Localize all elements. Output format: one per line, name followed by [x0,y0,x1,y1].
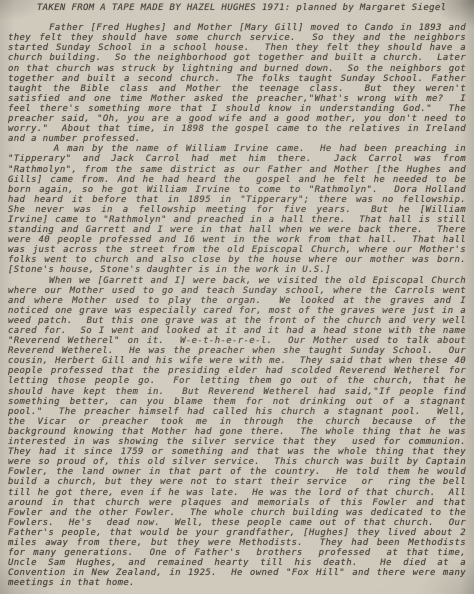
text-line: letting those people go. For letting the… [8,376,466,386]
paragraph: A man by the name of William Irvine came… [8,144,466,275]
text-line: satisfied and one time Mother asked the … [8,94,466,104]
text-line: background knowing that Mother had gone … [8,427,466,437]
text-line: where our Mother used to go and teach Su… [8,286,466,296]
text-line: Irvine] came to "Rathmolyn" and preached… [8,215,466,225]
text-line: taught the Bible class and Mother the te… [8,84,466,94]
text-line: something better, can you blame them for… [8,397,466,407]
text-line: When we [Garrett and I] were back, we vi… [8,276,466,286]
text-line: worry." About that time, in 1898 the gos… [8,124,466,134]
text-line: miles away from there, but they were Met… [8,538,466,548]
text-line: preacher said, "Oh, you are a good wife … [8,114,466,124]
text-line: standing and Garrett and I were in that … [8,225,466,235]
text-line: Gills] came from. And he had heard the g… [8,175,466,185]
text-line: church building. So the neighborhood got… [8,53,466,63]
text-line: around in that church were plaques and m… [8,498,466,508]
paragraph: When we [Garrett and I] were back, we vi… [8,276,466,589]
text-line: and a number professed. [8,134,466,144]
blank-line [8,13,466,23]
text-line: should have kept them in. But Reverend W… [8,387,466,397]
text-line: interested in was showing the silver ser… [8,437,466,447]
text-line: cousin, Herbert Gill and his wife were w… [8,356,466,366]
text-line: cared for. So I went and looked at it an… [8,326,466,336]
text-line: together and built a second church. The … [8,74,466,84]
text-line: started Sunday School in a school house.… [8,43,466,53]
text-line: born again, so he got William Irvine to … [8,185,466,195]
paragraph: Father [Fred Hughes] and Mother [Mary Gi… [8,23,466,144]
text-line: the Vicar or preacher took me in through… [8,417,466,427]
text-line: Father [Fred Hughes] and Mother [Mary Gi… [8,23,466,33]
text-line: "Reverend Wetherel" on it. W-e-t-h-e-r-e… [8,336,466,346]
text-line: had heard it before that in 1895 in "Tip… [8,195,466,205]
scanned-document-page: TAKEN FROM A TAPE MADE BY HAZEL HUGHES 1… [0,0,474,594]
text-line: "Rathmolyn", from the same district as o… [8,165,466,175]
text-line: Fowler, the land owner in that part of t… [8,467,466,477]
text-line: till he got there, even if he was late. … [8,488,466,498]
text-line: Uncle Sam Hughes, and remained hearty ti… [8,558,466,568]
text-line: folks went to church and also close by t… [8,255,466,265]
text-line: A man by the name of William Irvine came… [8,144,466,154]
text-line: Father's people, that would be your gran… [8,528,466,538]
text-line: and where Mother used to play the organ.… [8,296,466,306]
text-line: "Tipperary" and Jack Carrol had met him … [8,154,466,164]
text-line: was just across the street from the old … [8,245,466,255]
text-line: pool." The preacher himself had called h… [8,407,466,417]
text-line: [Stone's house, Stone's daughter is in t… [8,265,466,275]
text-line: build a church, but they were not to sta… [8,477,466,487]
text-line: weed patch. But this one grave was at th… [8,316,466,326]
text-line: Convention in New Zealand, in 1925. He o… [8,568,466,578]
text-line: meetings in that home. [8,578,466,588]
text-line: for many generations. One of Father's br… [8,548,466,558]
document-body: Father [Fred Hughes] and Mother [Mary Gi… [8,23,466,588]
text-line: She never was in a fellowship meeting fo… [8,205,466,215]
text-line: were 40 people professed and 16 went in … [8,235,466,245]
text-line: They had it since 1759 or something and … [8,447,466,457]
text-line: on that church was struck by lightning a… [8,64,466,74]
text-line: people professed that the presiding elde… [8,366,466,376]
document-text: TAKEN FROM A TAPE MADE BY HAZEL HUGHES 1… [8,3,466,588]
text-line: were so proud of, this old silver servic… [8,457,466,467]
text-line: Fowlers. He's dead now. Well, these peop… [8,518,466,528]
document-title: TAKEN FROM A TAPE MADE BY HAZEL HUGHES 1… [8,3,466,13]
text-line: feel there's something more that I shoul… [8,104,466,114]
text-line: Fowler and the other Fowler. The whole c… [8,508,466,518]
text-line: noticed one grave was especially cared f… [8,306,466,316]
text-line: Reverend Wetherel. He was the preacher w… [8,346,466,356]
text-line: they felt they should have some church s… [8,33,466,43]
